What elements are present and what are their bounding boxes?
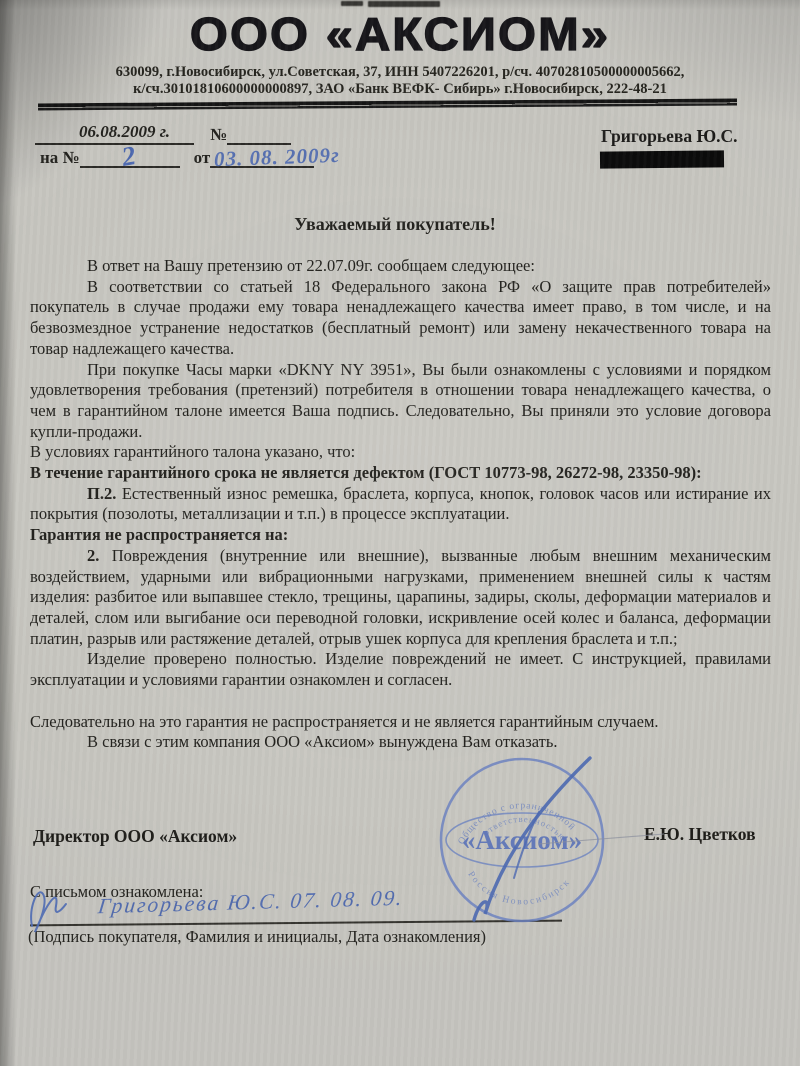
- reference-row-incoming: на №2от03. 08. 2009г: [40, 146, 314, 168]
- cropped-text-fragment: [368, 1, 440, 7]
- buyer-signature: [26, 882, 106, 934]
- paragraph-p2-number: П.2.: [87, 484, 122, 503]
- cropped-text-fragment: [341, 1, 363, 6]
- company-address-line1: 630099, г.Новосибирск, ул.Советская, 37,…: [0, 64, 800, 81]
- company-name: ООО «АКСИОМ»: [0, 8, 800, 60]
- paragraph-warranty-intro: В условиях гарантийного талона указано, …: [30, 442, 771, 463]
- reference-row-date: 06.08.2009 г.№: [35, 122, 291, 145]
- paragraph-p2-text: Естественный износ ремешка, браслета, ко…: [30, 484, 771, 524]
- redaction-bar: [600, 150, 724, 168]
- salutation: Уважаемый покупатель!: [0, 214, 790, 235]
- company-address-line2: к/сч.30101810600000000897, ЗАО «Банк ВЕФ…: [0, 81, 800, 98]
- paragraph-law: В соответствии со статьей 18 Федеральног…: [30, 277, 771, 360]
- letterhead-divider: [38, 99, 737, 111]
- handwritten-incoming-date: 03. 08. 2009г: [214, 143, 341, 172]
- paragraph-damage: 2. Повреждения (внутренние или внешние),…: [30, 546, 771, 650]
- paragraph-damage-text: Повреждения (внутренние или внешние), вы…: [30, 546, 771, 648]
- paragraph-warranty-excluded: Гарантия не распространяется на:: [30, 525, 771, 546]
- paragraph-checked: Изделие проверено полностью. Изделие пов…: [30, 649, 771, 690]
- blank-underline: [35, 125, 69, 145]
- paragraph-p2: П.2. Естественный износ ремешка, браслет…: [30, 484, 771, 525]
- addressee-name: Григорьева Ю.С.: [601, 126, 738, 147]
- paragraph-not-defect: В течение гарантийного срока не является…: [30, 463, 771, 484]
- blank-underline: [180, 125, 194, 145]
- letter-body: В ответ на Вашу претензию от 22.07.09г. …: [30, 256, 771, 753]
- director-title: Директор ООО «Аксиом»: [33, 826, 237, 847]
- paragraph-conclusion: Следовательно на это гарантия не распрос…: [30, 712, 771, 733]
- ot-label: от: [194, 148, 211, 168]
- na-label: на №: [40, 148, 80, 168]
- scanned-letter-page: ООО «АКСИОМ» 630099, г.Новосибирск, ул.С…: [0, 0, 800, 1066]
- company-stamp: Общество с ограниченной ответственностью…: [418, 748, 668, 938]
- incoming-number-field: 2: [80, 146, 180, 168]
- paragraph-damage-number: 2.: [87, 546, 112, 565]
- incoming-date-field: 03. 08. 2009г: [210, 146, 314, 168]
- blank-underline: [227, 125, 291, 145]
- paragraph-purchase: При покупке Часы марки «DKNY NY 3951», В…: [30, 360, 771, 443]
- number-sign: №: [210, 125, 227, 145]
- paragraph-reply: В ответ на Вашу претензию от 22.07.09г. …: [30, 256, 771, 277]
